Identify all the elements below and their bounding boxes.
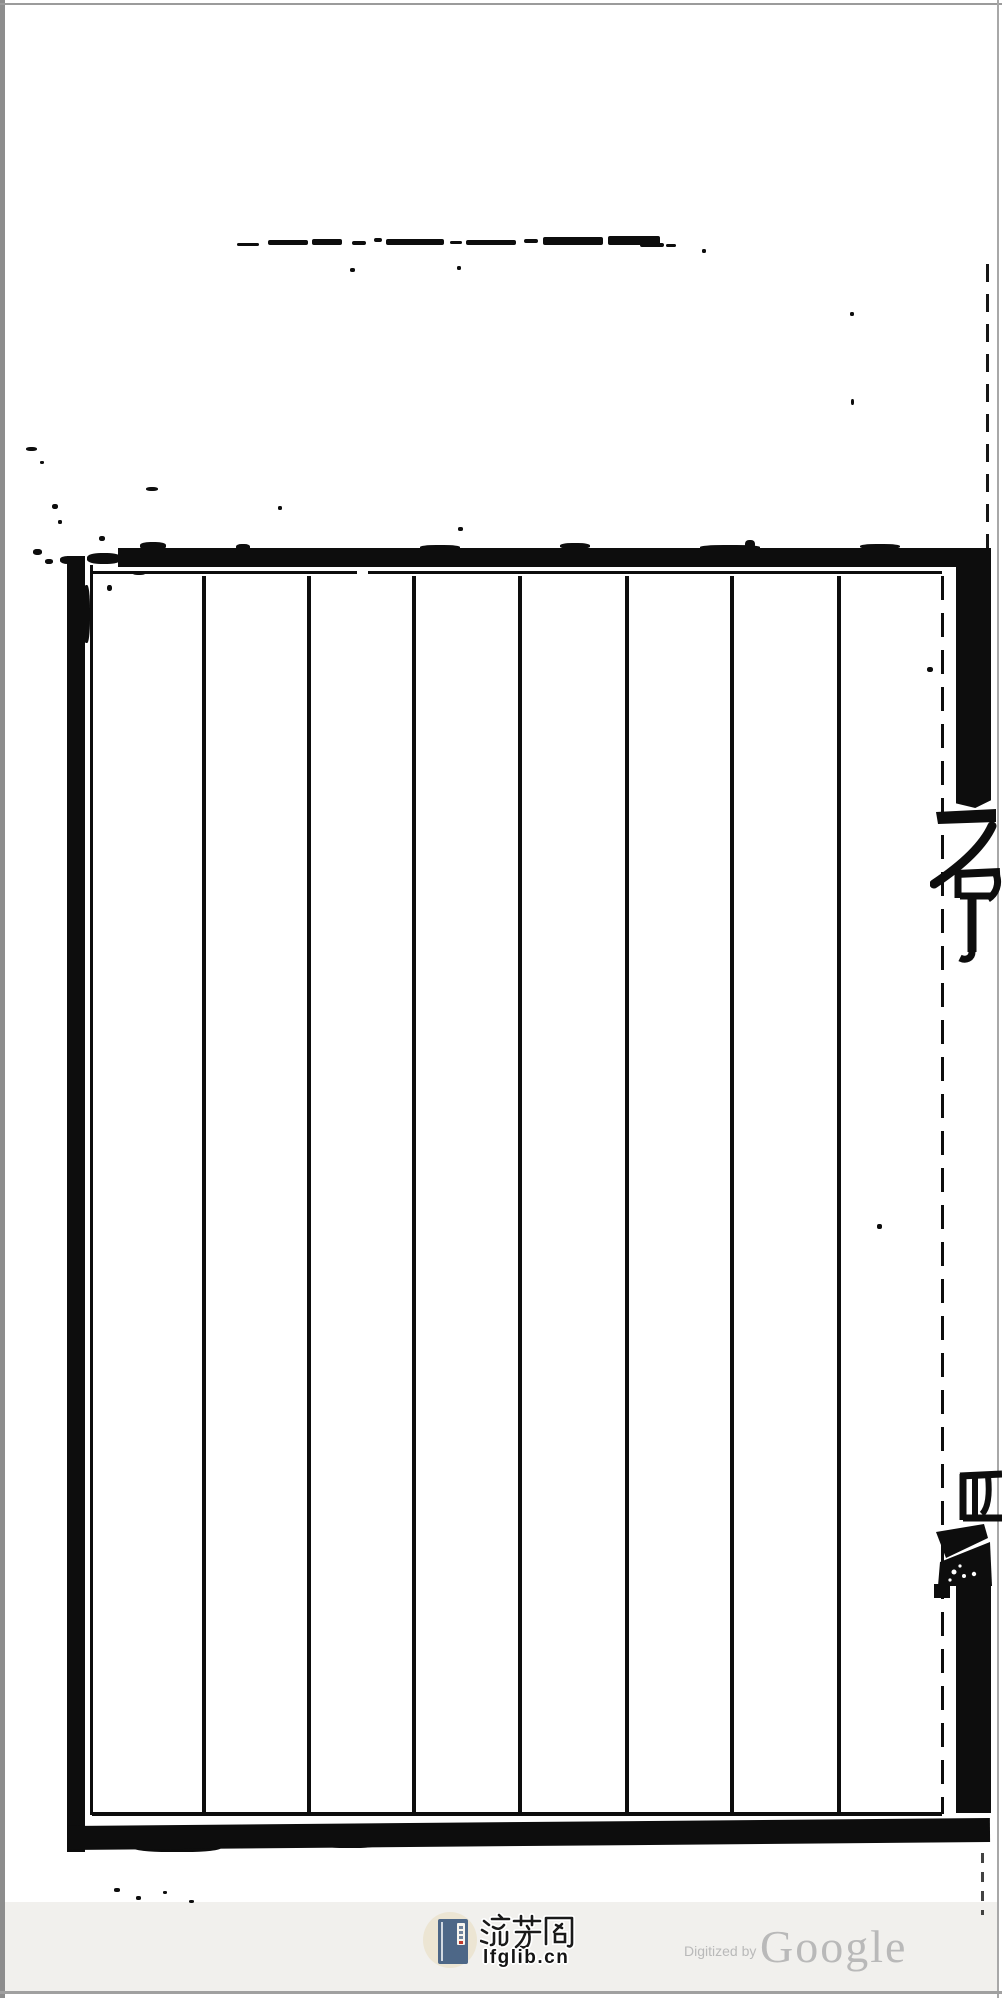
book-label-seal <box>459 1941 463 1944</box>
book-label-mark <box>459 1936 463 1939</box>
column-rule-line <box>837 576 841 1814</box>
frame-border-top <box>118 548 960 567</box>
banxin-section-character <box>930 806 1002 968</box>
column-rule-line <box>625 576 629 1814</box>
book-stitch-line <box>441 1922 443 1961</box>
site-url-text: lfglib.cn <box>483 1947 603 1969</box>
fold-line-above-frame <box>986 264 989 548</box>
ink-smudge-streak <box>543 237 603 245</box>
ink-noise-layer <box>0 0 1002 1998</box>
frame-border-left <box>67 556 85 1852</box>
border-ink-bump <box>87 553 121 564</box>
google-logo-text: Google <box>760 1924 907 1970</box>
banxin-ink-blob <box>934 1584 950 1598</box>
book-label-mark <box>459 1926 463 1929</box>
column-rule-line <box>730 576 734 1814</box>
ink-smudge-streak <box>524 239 538 243</box>
ink-speck <box>457 266 461 270</box>
ink-speck <box>136 1896 141 1900</box>
ink-speck <box>163 1891 167 1894</box>
ink-speck <box>33 549 42 555</box>
ink-smudge-streak <box>466 240 516 245</box>
ink-smudge-streak <box>268 240 308 245</box>
book-label-mark <box>459 1931 463 1934</box>
ink-speck <box>99 536 105 541</box>
ink-speck <box>107 585 112 591</box>
column-rule-line <box>307 576 311 1814</box>
ink-smudge-streak <box>374 238 382 242</box>
ink-speck <box>114 1888 120 1892</box>
ink-smudge-streak <box>386 239 444 245</box>
scanned-page: lfglib.cn Digitized by Google <box>0 0 1002 1998</box>
ink-speck <box>702 249 706 253</box>
column-rule-line <box>202 576 206 1814</box>
ink-speck <box>40 461 44 464</box>
banxin-page-number-character <box>958 1468 1002 1526</box>
ink-speck <box>58 520 62 524</box>
frame-inner-line-top <box>92 571 357 574</box>
frame-inner-line-right <box>941 576 944 1814</box>
border-ink-bump <box>45 559 53 564</box>
ink-smudge-streak <box>312 239 342 245</box>
column-rule-line <box>518 576 522 1814</box>
ink-speck <box>850 312 854 316</box>
ink-smudge-streak <box>640 243 664 247</box>
ink-speck <box>26 447 37 451</box>
ink-speck <box>146 487 158 491</box>
ink-speck <box>350 268 355 272</box>
ink-speck <box>52 504 58 509</box>
fold-line-below-frame <box>981 1853 984 1915</box>
ink-speck <box>458 527 463 531</box>
frame-inner-line-bottom <box>92 1812 942 1816</box>
ink-speck <box>927 667 933 672</box>
ink-smudge-streak <box>450 241 462 244</box>
column-rule-line <box>412 576 416 1814</box>
ink-speck <box>189 1900 194 1903</box>
frame-inner-line-top <box>368 571 942 574</box>
digitized-by-text: Digitized by <box>684 1943 756 1959</box>
ink-smudge-streak <box>237 243 259 246</box>
banxin-black-bar-top <box>956 548 991 808</box>
ink-speck <box>851 399 854 405</box>
ink-smudge-streak <box>352 241 366 245</box>
banxin-black-bar-bottom <box>956 1584 991 1813</box>
ink-speck <box>877 1224 882 1229</box>
fishtail-ornament <box>934 1524 994 1586</box>
ink-smudge-streak <box>666 244 676 247</box>
frame-inner-line-left <box>90 565 93 1815</box>
ink-speck <box>278 506 282 510</box>
